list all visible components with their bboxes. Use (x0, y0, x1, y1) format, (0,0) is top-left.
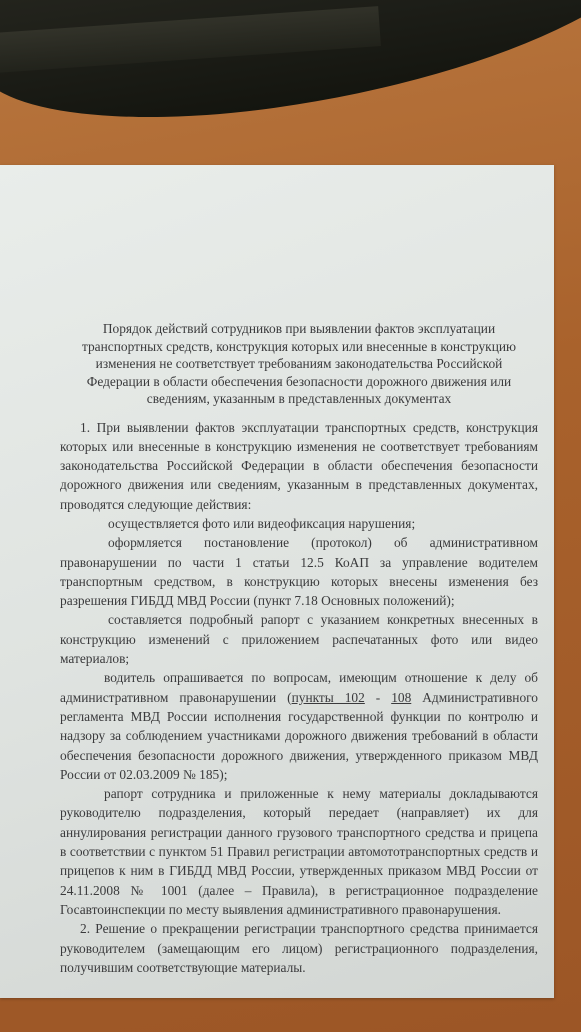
section-1-item-protocol: оформляется постановление (протокол) об … (60, 533, 538, 610)
section-1-item-report: составляется подробный рапорт с указание… (60, 610, 538, 668)
document-title: Порядок действий сотрудников при выявлен… (60, 320, 538, 408)
section-1-item-photo: осуществляется фото или видеофиксация на… (60, 514, 538, 533)
interview-separator: - (365, 690, 391, 705)
link-paragraph-102[interactable]: пункты 102 (292, 690, 365, 705)
section-1-item-submission: рапорт сотрудника и приложенные к нему м… (60, 784, 538, 919)
section-1-intro: 1. При выявлении фактов эксплуатации тра… (60, 418, 538, 514)
document-body: Порядок действий сотрудников при выявлен… (60, 320, 538, 977)
section-2: 2. Решение о прекращении регистрации тра… (60, 919, 538, 977)
paper-sheet: Порядок действий сотрудников при выявлен… (0, 165, 554, 998)
link-paragraph-108[interactable]: 108 (391, 690, 411, 705)
section-1-item-interview: водитель опрашивается по вопросам, имеющ… (60, 668, 538, 784)
